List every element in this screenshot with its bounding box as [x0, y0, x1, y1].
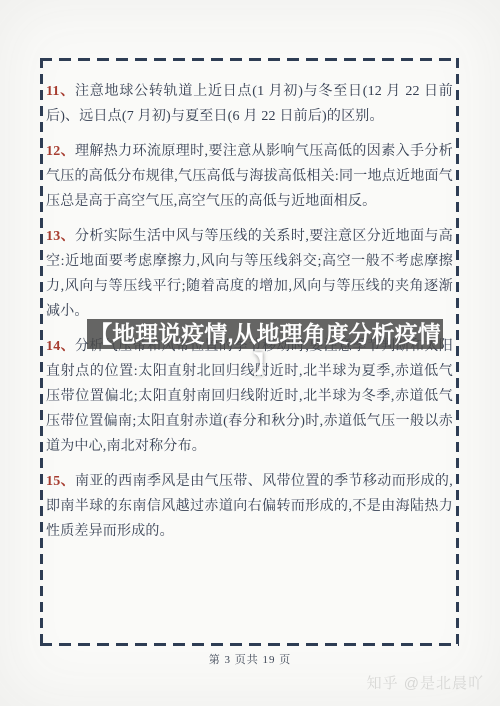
- promo-overlay-banner: 【地理说疫情,从地理角度分析疫情 】: [84, 319, 446, 379]
- overlay-bracket-line2: 】: [84, 349, 446, 379]
- note-item-15: 15、南亚的西南季风是由气压带、风带位置的季节移动而形成的,即南半球的东南信风越…: [46, 469, 453, 544]
- notes-list: 11、注意地球公转轨道上近日点(1 月初)与冬至日(12 月 22 日前后)、远…: [46, 79, 453, 554]
- note-text: 注意地球公转轨道上近日点(1 月初)与冬至日(12 月 22 日前后)、远日点(…: [46, 84, 453, 124]
- note-text: 理解热力环流原理时,要注意从影响气压高低的因素入手分析气压的高低分布规律,气压高…: [46, 144, 453, 209]
- document-photo: 11、注意地球公转轨道上近日点(1 月初)与冬至日(12 月 22 日前后)、远…: [0, 0, 500, 706]
- note-number: 12、: [46, 144, 75, 159]
- note-item-13: 13、分析实际生活中风与等压线的关系时,要注意区分近地面与高空:近地面要考虑摩擦…: [46, 224, 453, 324]
- overlay-text-line1: 【地理说疫情,从地理角度分析疫情: [87, 319, 442, 349]
- note-text: 分析实际生活中风与等压线的关系时,要注意区分近地面与高空:近地面要考虑摩擦力,风…: [46, 229, 453, 319]
- frame-edge-top: [40, 58, 459, 61]
- note-number: 11、: [46, 84, 75, 99]
- zhihu-watermark: 知乎 @是北晨吖: [367, 672, 484, 693]
- frame-edge-right: [456, 58, 459, 646]
- note-number: 15、: [46, 474, 75, 489]
- note-number: 14、: [46, 339, 75, 354]
- note-item-11: 11、注意地球公转轨道上近日点(1 月初)与冬至日(12 月 22 日前后)、远…: [46, 79, 453, 129]
- note-number: 13、: [46, 229, 75, 244]
- frame-edge-bottom: [40, 643, 459, 646]
- page-number: 第 3 页共 19 页: [0, 651, 500, 667]
- frame-edge-left: [40, 58, 43, 646]
- note-item-12: 12、理解热力环流原理时,要注意从影响气压高低的因素入手分析气压的高低分布规律,…: [46, 139, 453, 214]
- note-text: 南亚的西南季风是由气压带、风带位置的季节移动而形成的,即南半球的东南信风越过赤道…: [46, 474, 453, 539]
